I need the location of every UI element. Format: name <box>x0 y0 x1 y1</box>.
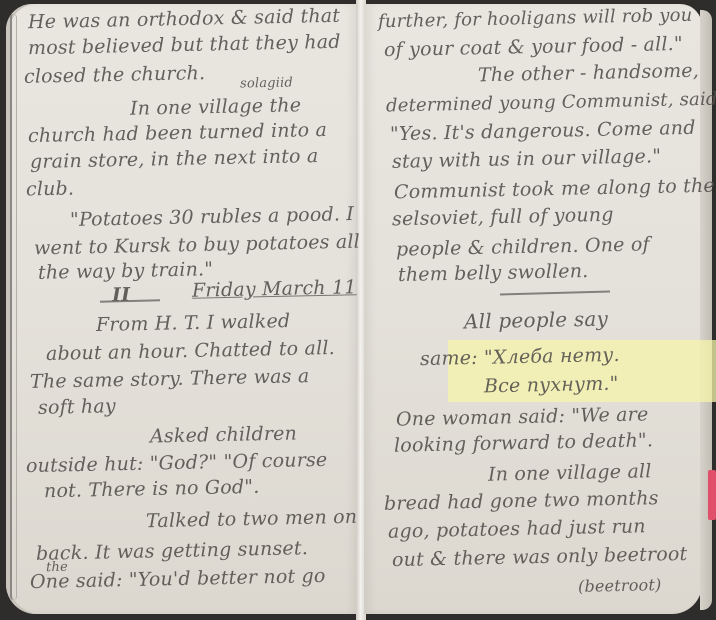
date-heading: Friday March 11 <box>192 276 357 301</box>
left-line-17: soft hay <box>38 395 116 419</box>
left-line-20: not. There is no God". <box>44 476 260 503</box>
right-line-16: In one village all <box>488 460 652 485</box>
left-line-3: closed the church. <box>24 62 206 88</box>
right-line-13: Все пухнут." <box>484 373 619 398</box>
right-line-11: All people say <box>464 306 608 333</box>
right-line-3: The other - handsome, <box>478 60 699 87</box>
right-line-8: selsoviet, full of young <box>392 204 614 231</box>
right-line-20: (beetroot) <box>578 575 662 596</box>
left-line-5: In one village the <box>130 94 302 120</box>
right-line-10: them belly swollen. <box>398 260 589 286</box>
bookmark-ribbon <box>708 470 716 520</box>
left-line-21: Talked to two men on <box>146 506 358 532</box>
right-line-12: same: "Хлеба нету. <box>420 344 620 370</box>
notebook-spread: He was an orthodox & said that most beli… <box>0 0 716 620</box>
left-line-8: club. <box>26 177 75 200</box>
left-line-11: the way by train." <box>38 258 214 284</box>
section-number: II <box>112 284 131 306</box>
left-line-18: Asked children <box>150 422 297 447</box>
left-line-14: From H. T. I walked <box>96 310 291 336</box>
left-line-insert: solagiid <box>240 75 293 91</box>
